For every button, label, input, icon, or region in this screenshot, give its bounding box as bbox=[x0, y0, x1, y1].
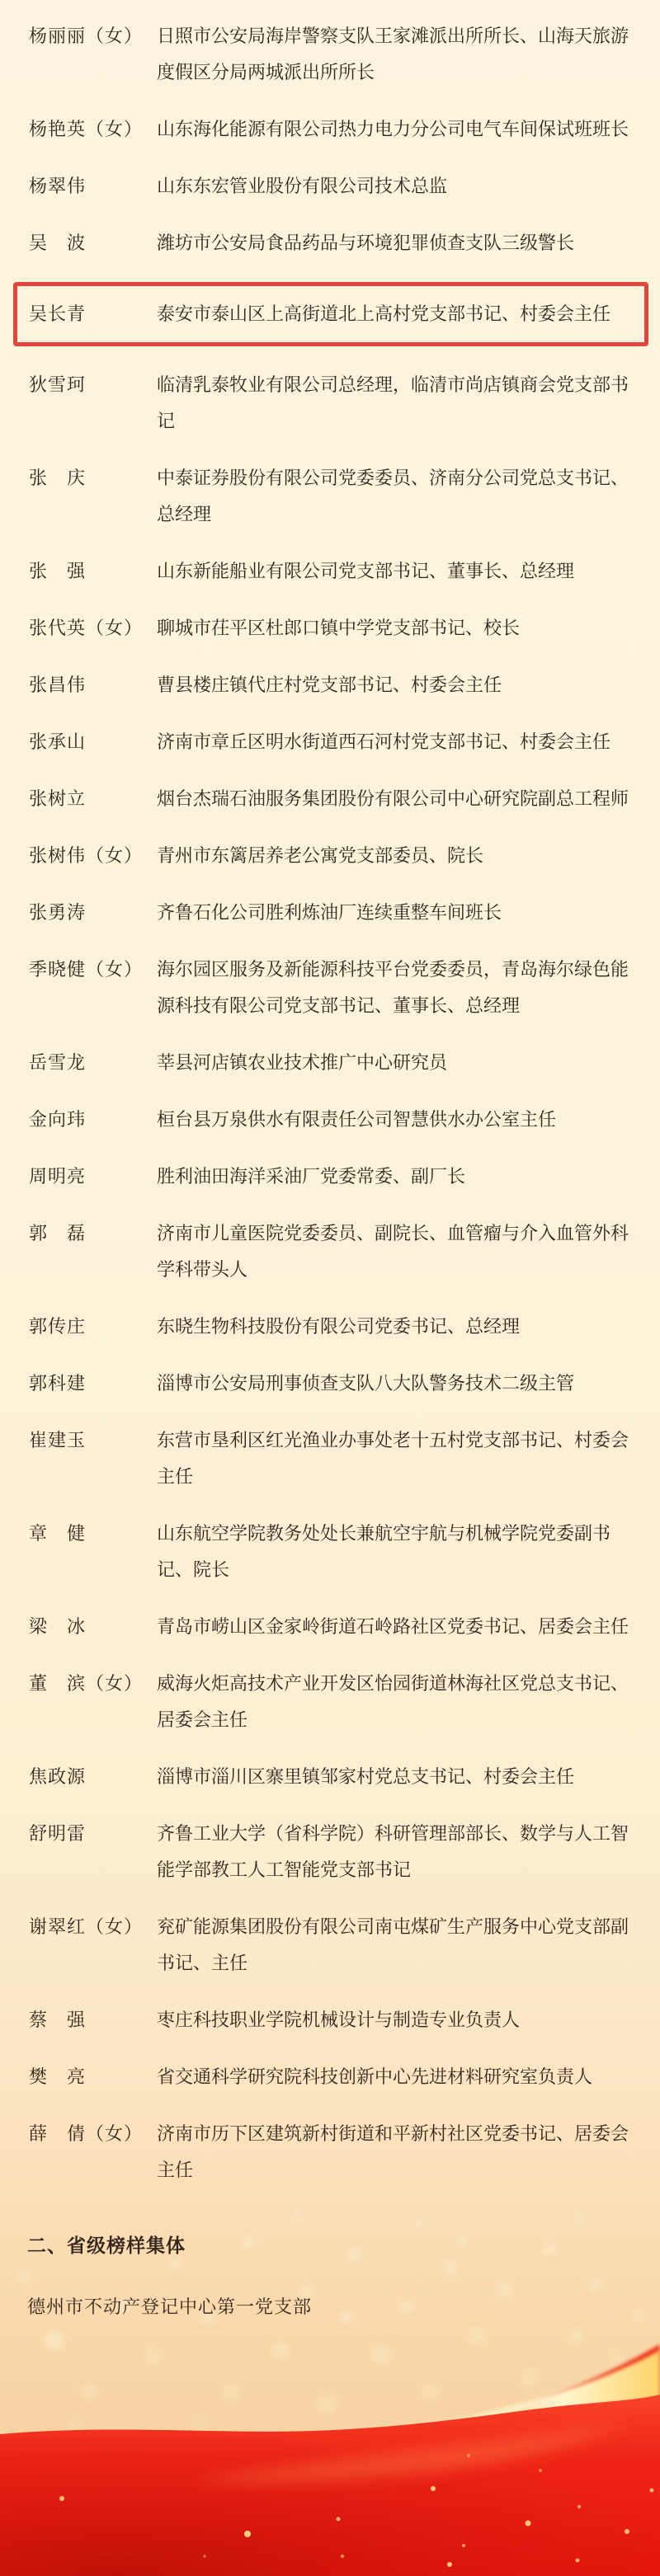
roster-row: 焦政源 淄博市淄川区寨里镇邹家村党总支书记、村委会主任 bbox=[0, 1759, 660, 1795]
entry-desc: 日照市公安局海岸警察支队王家滩派出所所长、山海天旅游度假区分局两城派出所所长 bbox=[157, 18, 637, 91]
roster-row: 岳雪龙 莘县河店镇农业技术推广中心研究员 bbox=[0, 1045, 660, 1081]
roster-row: 张 强 山东新能船业有限公司党支部书记、董事长、总经理 bbox=[0, 553, 660, 590]
entry-name: 季晓健（女） bbox=[29, 952, 157, 988]
roster-row: 董 滨（女） 威海火炬高技术产业开发区怡园街道林海社区党总支书记、居委会主任 bbox=[0, 1666, 660, 1738]
roster-row: 蔡 强 枣庄科技职业学院机械设计与制造专业负责人 bbox=[0, 2002, 660, 2038]
entry-desc: 山东航空学院教务处处长兼航空宇航与机械学院党委副书记、院长 bbox=[157, 1516, 637, 1588]
entry-name: 章 健 bbox=[29, 1516, 157, 1552]
section-title-collectives: 二、省级榜样集体 bbox=[27, 2228, 660, 2264]
entry-name: 蔡 强 bbox=[29, 2002, 157, 2038]
roster-row: 金向玮 桓台县万泉供水有限责任公司智慧供水办公室主任 bbox=[0, 1102, 660, 1138]
roster-row: 张代英（女） 聊城市茌平区杜郎口镇中学党支部书记、校长 bbox=[0, 610, 660, 646]
entry-name: 郭传庄 bbox=[29, 1309, 157, 1345]
entry-name: 张代英（女） bbox=[29, 610, 157, 646]
entry-name: 杨翠伟 bbox=[29, 168, 157, 204]
entry-name: 张昌伟 bbox=[29, 667, 157, 703]
entry-desc: 胜利油田海洋采油厂党委常委、副厂长 bbox=[157, 1159, 637, 1195]
entry-desc: 烟台杰瑞石油服务集团股份有限公司中心研究院副总工程师 bbox=[157, 781, 637, 817]
entry-desc: 聊城市茌平区杜郎口镇中学党支部书记、校长 bbox=[157, 610, 637, 646]
entry-name: 张 强 bbox=[29, 553, 157, 590]
entry-name: 董 滨（女） bbox=[29, 1666, 157, 1702]
highlight-box: 吴长青 泰安市泰山区上高街道北上高村党支部书记、村委会主任 bbox=[13, 282, 648, 346]
roster-row: 梁 冰 青岛市崂山区金家岭街道石岭路社区党委书记、居委会主任 bbox=[0, 1609, 660, 1645]
entry-desc: 淄博市淄川区寨里镇邹家村党总支书记、村委会主任 bbox=[157, 1759, 637, 1795]
entry-desc: 青州市东篱居养老公寓党支部委员、院长 bbox=[157, 838, 637, 874]
roster-row: 张树立 烟台杰瑞石油服务集团股份有限公司中心研究院副总工程师 bbox=[0, 781, 660, 817]
entry-name: 狄雪珂 bbox=[29, 367, 157, 403]
entry-name: 张树伟（女） bbox=[29, 838, 157, 874]
entry-name: 杨艳英（女） bbox=[29, 111, 157, 148]
roster-row: 崔建玉 东营市垦利区红光渔业办事处老十五村党支部书记、村委会主任 bbox=[0, 1422, 660, 1495]
entry-desc: 桓台县万泉供水有限责任公司智慧供水办公室主任 bbox=[157, 1102, 637, 1138]
ribbon-shadow bbox=[0, 2416, 660, 2576]
roster-row: 谢翠红（女） 兖矿能源集团股份有限公司南屯煤矿生产服务中心党支部副书记、主任 bbox=[0, 1909, 660, 1981]
entry-name: 薛 倩（女） bbox=[29, 2116, 157, 2152]
entry-name: 张勇涛 bbox=[29, 895, 157, 931]
entry-name: 梁 冰 bbox=[29, 1609, 157, 1645]
entry-desc: 山东海化能源有限公司热力电力分公司电气车间保试班班长 bbox=[157, 111, 637, 148]
entry-name: 舒明雷 bbox=[29, 1816, 157, 1852]
roster-row: 季晓健（女） 海尔园区服务及新能源科技平台党委委员，青岛海尔绿色能源科技有限公司… bbox=[0, 952, 660, 1024]
roster-row: 吴长青 泰安市泰山区上高街道北上高村党支部书记、村委会主任 bbox=[17, 296, 644, 332]
roster-row: 章 健 山东航空学院教务处处长兼航空宇航与机械学院党委副书记、院长 bbox=[0, 1516, 660, 1588]
roster-row: 舒明雷 齐鲁工业大学（省科学院）科研管理部部长、数学与人工智能学部教工人工智能党… bbox=[0, 1816, 660, 1888]
roster-row: 郭科建 淄博市公安局刑事侦查支队八大队警务技术二级主管 bbox=[0, 1366, 660, 1402]
entry-desc: 兖矿能源集团股份有限公司南屯煤矿生产服务中心党支部副书记、主任 bbox=[157, 1909, 637, 1981]
entry-name: 岳雪龙 bbox=[29, 1045, 157, 1081]
entry-desc: 济南市儿童医院党委委员、副院长、血管瘤与介入血管外科学科带头人 bbox=[157, 1215, 637, 1288]
entry-name: 周明亮 bbox=[29, 1159, 157, 1195]
entry-name: 谢翠红（女） bbox=[29, 1909, 157, 1945]
roster-row: 薛 倩（女） 济南市历下区建筑新村街道和平新村社区党委书记、居委会主任 bbox=[0, 2116, 660, 2188]
entry-desc: 齐鲁石化公司胜利炼油厂连续重整车间班长 bbox=[157, 895, 637, 931]
entry-name: 郭科建 bbox=[29, 1366, 157, 1402]
entry-name: 张树立 bbox=[29, 781, 157, 817]
roster-row: 杨翠伟 山东东宏管业股份有限公司技术总监 bbox=[0, 168, 660, 204]
roster-row: 张树伟（女） 青州市东篱居养老公寓党支部委员、院长 bbox=[0, 838, 660, 874]
collective-item: 德州市不动产登记中心第一党支部 bbox=[27, 2289, 660, 2325]
entry-desc: 齐鲁工业大学（省科学院）科研管理部部长、数学与人工智能学部教工人工智能党支部书记 bbox=[157, 1816, 637, 1888]
entry-desc: 枣庄科技职业学院机械设计与制造专业负责人 bbox=[157, 2002, 637, 2038]
entry-name: 郭 磊 bbox=[29, 1215, 157, 1252]
roster-row: 张勇涛 齐鲁石化公司胜利炼油厂连续重整车间班长 bbox=[0, 895, 660, 931]
roster-row: 杨艳英（女） 山东海化能源有限公司热力电力分公司电气车间保试班班长 bbox=[0, 111, 660, 148]
entry-desc: 淄博市公安局刑事侦查支队八大队警务技术二级主管 bbox=[157, 1366, 637, 1402]
entry-desc: 山东新能船业有限公司党支部书记、董事长、总经理 bbox=[157, 553, 637, 590]
document-body: 杨丽丽（女） 日照市公安局海岸警察支队王家滩派出所所长、山海天旅游度假区分局两城… bbox=[0, 0, 660, 2325]
entry-name: 崔建玉 bbox=[29, 1422, 157, 1459]
entry-desc: 山东东宏管业股份有限公司技术总监 bbox=[157, 168, 637, 204]
entry-desc: 临清乳泰牧业有限公司总经理，临清市尚店镇商会党支部书记 bbox=[157, 367, 637, 440]
roster-row: 张 庆 中泰证券股份有限公司党委委员、济南分公司党总支书记、总经理 bbox=[0, 460, 660, 533]
roster-row: 周明亮 胜利油田海洋采油厂党委常委、副厂长 bbox=[0, 1159, 660, 1195]
entry-desc: 济南市历下区建筑新村街道和平新村社区党委书记、居委会主任 bbox=[157, 2116, 637, 2188]
entry-desc: 省交通科学研究院科技创新中心先进材料研究室负责人 bbox=[157, 2059, 637, 2095]
entry-name: 张 庆 bbox=[29, 460, 157, 496]
entry-desc: 东晓生物科技股份有限公司党委书记、总经理 bbox=[157, 1309, 637, 1345]
entry-desc: 曹县楼庄镇代庄村党支部书记、村委会主任 bbox=[157, 667, 637, 703]
entry-desc: 威海火炬高技术产业开发区怡园街道林海社区党总支书记、居委会主任 bbox=[157, 1666, 637, 1738]
entry-desc: 泰安市泰山区上高街道北上高村党支部书记、村委会主任 bbox=[157, 296, 627, 332]
entry-name: 杨丽丽（女） bbox=[29, 18, 157, 54]
roster-row: 张承山 济南市章丘区明水街道西石河村党支部书记、村委会主任 bbox=[0, 724, 660, 760]
roster-row: 郭传庄 东晓生物科技股份有限公司党委书记、总经理 bbox=[0, 1309, 660, 1345]
entry-desc: 莘县河店镇农业技术推广中心研究员 bbox=[157, 1045, 637, 1081]
roster-row: 吴 波 潍坊市公安局食品药品与环境犯罪侦查支队三级警长 bbox=[0, 225, 660, 261]
roster-row: 郭 磊 济南市儿童医院党委委员、副院长、血管瘤与介入血管外科学科带头人 bbox=[0, 1215, 660, 1288]
entry-desc: 潍坊市公安局食品药品与环境犯罪侦查支队三级警长 bbox=[157, 225, 637, 261]
roster-list: 杨丽丽（女） 日照市公安局海岸警察支队王家滩派出所所长、山海天旅游度假区分局两城… bbox=[0, 18, 660, 2188]
roster-row: 狄雪珂 临清乳泰牧业有限公司总经理，临清市尚店镇商会党支部书记 bbox=[0, 367, 660, 440]
entry-name: 吴 波 bbox=[29, 225, 157, 261]
entry-name: 吴长青 bbox=[29, 296, 157, 332]
entry-desc: 青岛市崂山区金家岭街道石岭路社区党委书记、居委会主任 bbox=[157, 1609, 637, 1645]
entry-name: 焦政源 bbox=[29, 1759, 157, 1795]
entry-desc: 中泰证券股份有限公司党委委员、济南分公司党总支书记、总经理 bbox=[157, 460, 637, 533]
roster-row: 杨丽丽（女） 日照市公安局海岸警察支队王家滩派出所所长、山海天旅游度假区分局两城… bbox=[0, 18, 660, 91]
roster-row: 樊 亮 省交通科学研究院科技创新中心先进材料研究室负责人 bbox=[0, 2059, 660, 2095]
roster-row: 张昌伟 曹县楼庄镇代庄村党支部书记、村委会主任 bbox=[0, 667, 660, 703]
entry-name: 樊 亮 bbox=[29, 2059, 157, 2095]
entry-desc: 济南市章丘区明水街道西石河村党支部书记、村委会主任 bbox=[157, 724, 637, 760]
entry-desc: 东营市垦利区红光渔业办事处老十五村党支部书记、村委会主任 bbox=[157, 1422, 637, 1495]
entry-name: 金向玮 bbox=[29, 1102, 157, 1138]
entry-name: 张承山 bbox=[29, 724, 157, 760]
entry-desc: 海尔园区服务及新能源科技平台党委委员，青岛海尔绿色能源科技有限公司党支部书记、董… bbox=[157, 952, 637, 1024]
